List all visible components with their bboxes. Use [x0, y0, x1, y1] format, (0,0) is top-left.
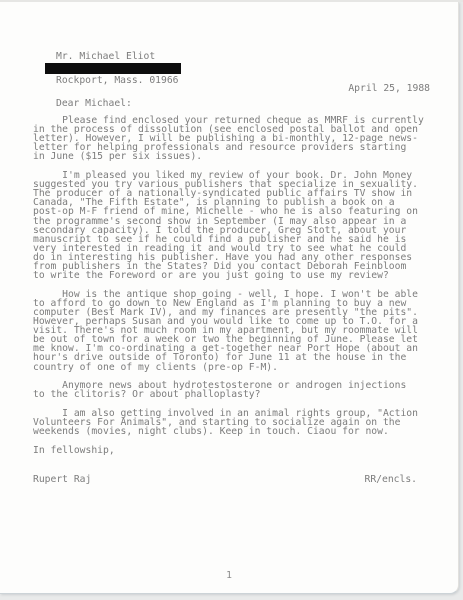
signature-row: Rupert Raj RR/encls.: [33, 475, 417, 484]
letter-content: Mr. Michael Eliot Rockport, Mass. 01966 …: [0, 2, 458, 593]
page-number: 1: [0, 571, 458, 580]
paragraph-1: Please find enclosed your returned chequ…: [33, 116, 433, 161]
paragraph-3: How is the antique shop going - well, I …: [33, 290, 433, 372]
paragraph-4: Anymore news about hydrotestosterone or …: [33, 381, 433, 399]
paragraph-5: I am also getting involved in an animal …: [33, 409, 433, 436]
letter-date: April 25, 1988: [33, 84, 430, 93]
closing-line: In fellowship,: [33, 446, 433, 455]
letter-body: Please find enclosed your returned chequ…: [33, 116, 433, 484]
reference-initials: RR/encls.: [365, 475, 418, 484]
scan-edge-strip: [0, 0, 463, 2]
salutation: Dear Michael:: [56, 99, 132, 108]
redacted-address-bar: [45, 63, 181, 74]
paragraph-2: I'm pleased you liked my review of your …: [33, 171, 433, 280]
recipient-name: Mr. Michael Eliot: [56, 52, 155, 61]
scanned-letter: Mr. Michael Eliot Rockport, Mass. 01966 …: [0, 0, 463, 600]
signature-name: Rupert Raj: [33, 475, 91, 484]
letter-page: Mr. Michael Eliot Rockport, Mass. 01966 …: [0, 2, 459, 594]
